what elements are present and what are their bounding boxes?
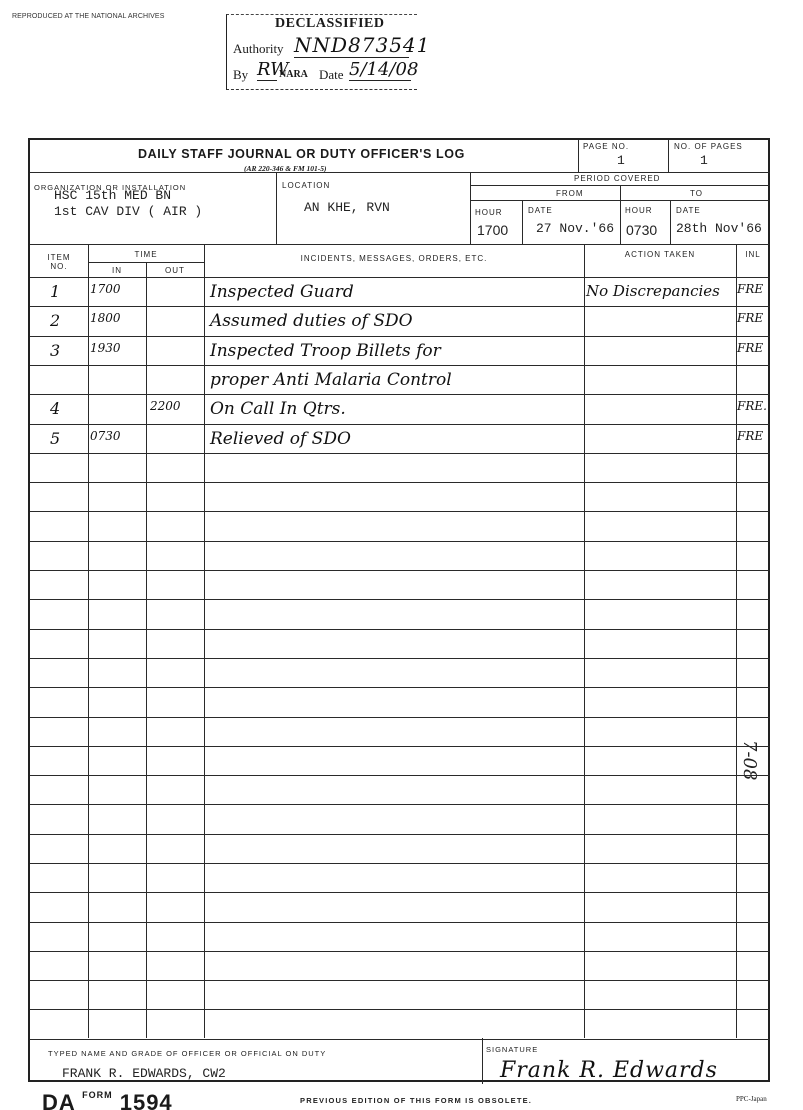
entry-initials: FRE bbox=[737, 341, 763, 355]
declass-authority-label: Authority bbox=[233, 41, 284, 57]
page-no-label: PAGE NO. bbox=[583, 142, 629, 151]
to-hour-label: HOUR bbox=[625, 206, 653, 215]
entry-item-no: 4 bbox=[50, 399, 60, 418]
printer-mark: PPC-Japan bbox=[736, 1095, 767, 1103]
signature: Frank R. Edwards bbox=[500, 1058, 718, 1083]
no-of-pages-value: 1 bbox=[700, 153, 708, 168]
entry-incident-text: Assumed duties of SDO bbox=[210, 311, 413, 331]
location-value: AN KHE, RVN bbox=[304, 200, 390, 215]
entry-incident-text: Inspected Troop Billets for bbox=[210, 341, 441, 361]
entry-initials: FRE. bbox=[737, 399, 767, 413]
entry-item-no: 5 bbox=[50, 429, 60, 448]
entry-time-out: 2200 bbox=[150, 399, 181, 413]
entry-time-in: 1930 bbox=[90, 341, 121, 355]
entry-time-in: 1800 bbox=[90, 311, 121, 325]
entry-time-in: 0730 bbox=[90, 429, 121, 443]
organization-line2: 1st CAV DIV ( AIR ) bbox=[54, 204, 202, 219]
entry-item-no: 2 bbox=[50, 311, 60, 330]
to-hour-value: 0730 bbox=[626, 222, 657, 238]
col-time-header: TIME bbox=[88, 250, 204, 259]
form-number: DA FORM 1594 bbox=[42, 1090, 173, 1110]
declass-date-value: 5/14/08 bbox=[349, 59, 411, 81]
col-incidents-header: INCIDENTS, MESSAGES, ORDERS, ETC. bbox=[204, 254, 584, 263]
to-date-label: DATE bbox=[676, 206, 701, 215]
no-of-pages-label: NO. OF PAGES bbox=[674, 142, 743, 151]
typed-name-label: TYPED NAME AND GRADE OF OFFICER OR OFFIC… bbox=[48, 1049, 326, 1058]
declass-nara-label: NARA bbox=[279, 69, 308, 80]
entry-incident-text: Inspected Guard bbox=[210, 282, 354, 302]
from-date-value: 27 Nov.'66 bbox=[536, 221, 614, 236]
duty-officer-log-form: DAILY STAFF JOURNAL OR DUTY OFFICER'S LO… bbox=[28, 138, 770, 1082]
archive-note: REPRODUCED AT THE NATIONAL ARCHIVES bbox=[12, 13, 164, 20]
declass-authority-value: NND873541 bbox=[294, 33, 409, 58]
to-date-value: 28th Nov'66 bbox=[676, 221, 762, 236]
col-action-header: ACTION TAKEN bbox=[584, 250, 736, 259]
declass-by-value: RW bbox=[257, 59, 277, 81]
declassification-stamp: DECLASSIFIED Authority NND873541 By RW N… bbox=[226, 14, 417, 90]
to-label: TO bbox=[690, 189, 703, 198]
col-out-header: OUT bbox=[146, 266, 204, 275]
col-initials-header: INL bbox=[736, 250, 770, 259]
signature-label: SIGNATURE bbox=[486, 1045, 538, 1054]
page-no-value: 1 bbox=[617, 153, 625, 168]
from-hour-value: 1700 bbox=[477, 222, 508, 238]
declass-title: DECLASSIFIED bbox=[275, 16, 384, 32]
location-label: LOCATION bbox=[282, 181, 330, 190]
declass-date-label: Date bbox=[319, 67, 344, 83]
entry-incident-text: On Call In Qtrs. bbox=[210, 399, 346, 419]
organization-line1: HSC 15th MED BN bbox=[54, 188, 171, 203]
entry-initials: FRE bbox=[737, 311, 763, 325]
period-covered-label: PERIOD COVERED bbox=[574, 174, 660, 183]
col-in-header: IN bbox=[88, 266, 146, 275]
entry-initials: FRE bbox=[737, 282, 763, 296]
margin-note: 7-08 bbox=[739, 740, 760, 780]
entry-item-no: 1 bbox=[50, 282, 60, 301]
declass-by-label: By bbox=[233, 67, 248, 83]
typed-name-value: FRANK R. EDWARDS, CW2 bbox=[62, 1066, 226, 1081]
entry-incident-text: proper Anti Malaria Control bbox=[210, 370, 452, 390]
entry-incident-text: Relieved of SDO bbox=[210, 429, 351, 449]
form-title: DAILY STAFF JOURNAL OR DUTY OFFICER'S LO… bbox=[138, 147, 465, 161]
from-hour-label: HOUR bbox=[475, 208, 503, 217]
entry-item-no: 3 bbox=[50, 341, 60, 360]
from-label: FROM bbox=[556, 189, 584, 198]
from-date-label: DATE bbox=[528, 206, 553, 215]
entry-initials: FRE bbox=[737, 429, 763, 443]
previous-edition-note: PREVIOUS EDITION OF THIS FORM IS OBSOLET… bbox=[300, 1096, 532, 1105]
col-item-no-header: ITEM NO. bbox=[30, 253, 88, 271]
entry-action-taken: No Discrepancies bbox=[586, 282, 720, 300]
entry-time-in: 1700 bbox=[90, 282, 121, 296]
